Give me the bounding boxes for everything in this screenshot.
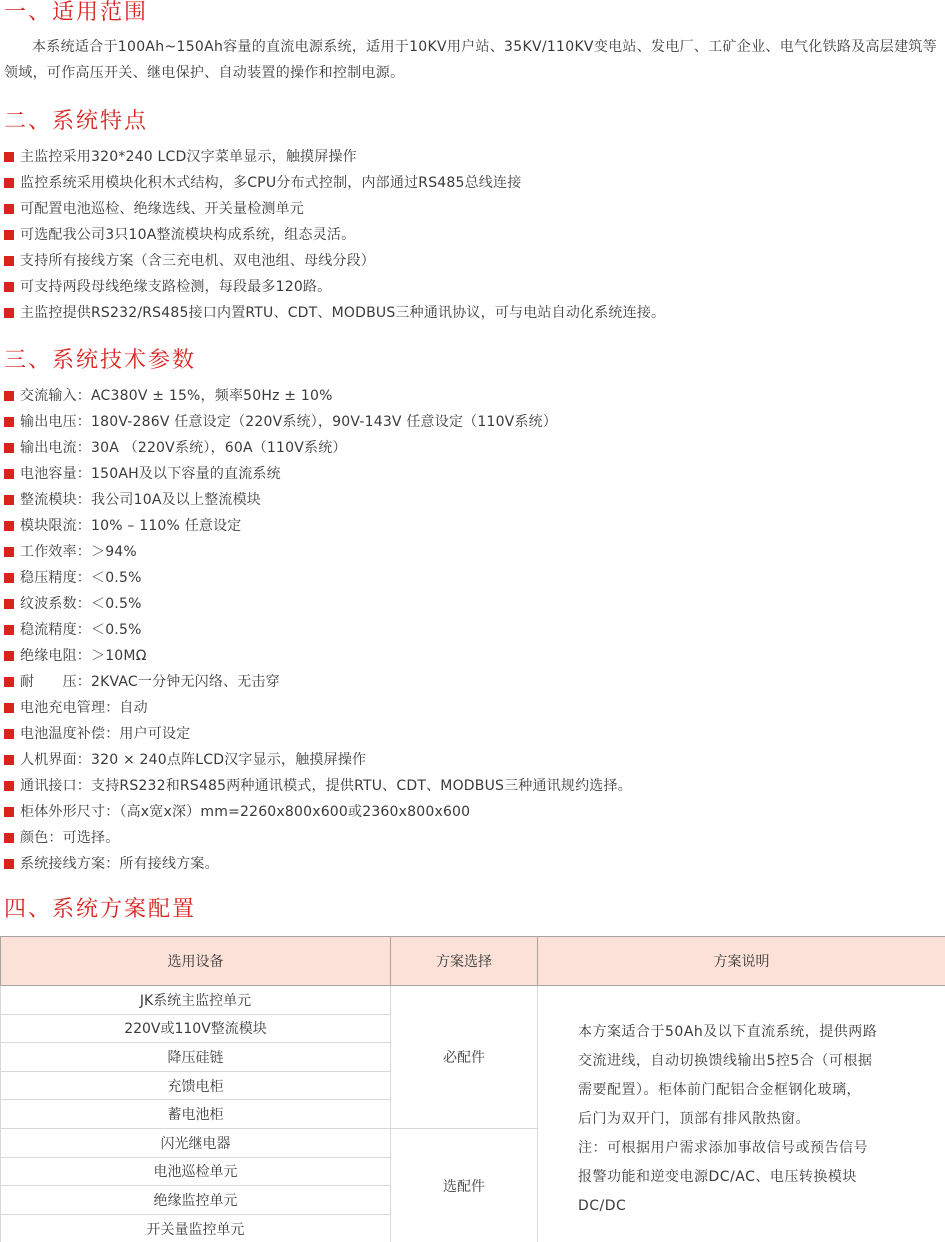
device-cell: 220V或110V整流模块 xyxy=(1,1014,391,1043)
device-cell: 绝缘监控单元 xyxy=(1,1186,391,1215)
section-title-specs: 三、系统技术参数 xyxy=(4,348,196,374)
square-bullet-icon xyxy=(4,521,14,531)
section-title-features: 二、系统特点 xyxy=(4,109,148,135)
spec-item: 纹波系数：＜0.5% xyxy=(4,591,632,617)
features-list: 主监控采用320*240 LCD汉字菜单显示，触摸屏操作 监控系统采用模块化积木… xyxy=(4,144,665,326)
square-bullet-icon xyxy=(4,469,14,479)
square-bullet-icon xyxy=(4,417,14,427)
device-cell: 电池巡检单元 xyxy=(1,1157,391,1186)
device-cell: JK系统主监控单元 xyxy=(1,986,391,1015)
spec-item: 工作效率：＞94% xyxy=(4,539,632,565)
scope-paragraph: 本系统适合于100Ah~150Ah容量的直流电源系统，适用于10KV用户站、35… xyxy=(4,34,940,86)
header-option: 方案选择 xyxy=(391,937,538,986)
square-bullet-icon xyxy=(4,308,14,318)
square-bullet-icon xyxy=(4,703,14,713)
spec-item: 耐 压：2KVAC一分钟无闪络、无击穿 xyxy=(4,669,632,695)
spec-item: 人机界面：320 × 240点阵LCD汉字显示，触摸屏操作 xyxy=(4,747,632,773)
spec-item: 电池温度补偿：用户可设定 xyxy=(4,721,632,747)
table-row: JK系统主监控单元 必配件 本方案适合于50Ah及以下直流系统，提供两路 交流进… xyxy=(1,986,945,1015)
square-bullet-icon xyxy=(4,807,14,817)
feature-item: 监控系统采用模块化积木式结构，多CPU分布式控制，内部通过RS485总线连接 xyxy=(4,170,665,196)
square-bullet-icon xyxy=(4,256,14,266)
square-bullet-icon xyxy=(4,443,14,453)
spec-item: 系统接线方案：所有接线方案。 xyxy=(4,851,632,877)
specs-list: 交流输入：AC380V ± 15%，频率50Hz ± 10% 输出电压：180V… xyxy=(4,383,632,877)
feature-item: 可支持两段母线绝缘支路检测，每段最多120路。 xyxy=(4,274,665,300)
option-cell-required: 必配件 xyxy=(391,986,538,1129)
spec-item: 电池容量：150AH及以下容量的直流系统 xyxy=(4,461,632,487)
section-title-scope: 一、适用范围 xyxy=(4,0,148,26)
square-bullet-icon xyxy=(4,152,14,162)
square-bullet-icon xyxy=(4,781,14,791)
square-bullet-icon xyxy=(4,573,14,583)
spec-item: 输出电压：180V-286V 任意设定（220V系统），90V-143V 任意设… xyxy=(4,409,632,435)
option-cell-optional: 选配件 xyxy=(391,1128,538,1242)
square-bullet-icon xyxy=(4,859,14,869)
config-table: 选用设备 方案选择 方案说明 JK系统主监控单元 必配件 本方案适合于50Ah及… xyxy=(0,936,945,1242)
feature-item: 支持所有接线方案（含三充电机、双电池组、母线分段） xyxy=(4,248,665,274)
scope-text: 本系统适合于100Ah~150Ah容量的直流电源系统，适用于10KV用户站、35… xyxy=(4,39,937,81)
spec-item: 稳流精度：＜0.5% xyxy=(4,617,632,643)
square-bullet-icon xyxy=(4,833,14,843)
feature-item: 可配置电池巡检、绝缘选线、开关量检测单元 xyxy=(4,196,665,222)
square-bullet-icon xyxy=(4,677,14,687)
spec-item: 柜体外形尺寸：（高x宽x深）mm=2260x800x600或2360x800x6… xyxy=(4,799,632,825)
square-bullet-icon xyxy=(4,547,14,557)
spec-item: 通讯接口：支持RS232和RS485两种通讯模式，提供RTU、CDT、MODBU… xyxy=(4,773,632,799)
spec-item: 绝缘电阻：＞10MΩ xyxy=(4,643,632,669)
device-cell: 蓄电池柜 xyxy=(1,1100,391,1129)
device-cell: 闪光继电器 xyxy=(1,1128,391,1157)
square-bullet-icon xyxy=(4,391,14,401)
spec-item: 交流输入：AC380V ± 15%，频率50Hz ± 10% xyxy=(4,383,632,409)
description-cell: 本方案适合于50Ah及以下直流系统，提供两路 交流进线，自动切换馈线输出5控5合… xyxy=(538,986,945,1242)
spec-item: 输出电流：30A （220V系统），60A（110V系统） xyxy=(4,435,632,461)
spec-item: 颜色：可选择。 xyxy=(4,825,632,851)
square-bullet-icon xyxy=(4,625,14,635)
feature-item: 可选配我公司3只10A整流模块构成系统，组态灵活。 xyxy=(4,222,665,248)
feature-item: 主监控采用320*240 LCD汉字菜单显示，触摸屏操作 xyxy=(4,144,665,170)
spec-item: 模块限流：10% – 110% 任意设定 xyxy=(4,513,632,539)
square-bullet-icon xyxy=(4,282,14,292)
header-device: 选用设备 xyxy=(1,937,391,986)
feature-item: 主监控提供RS232/RS485接口内置RTU、CDT、MODBUS三种通讯协议… xyxy=(4,300,665,326)
header-description: 方案说明 xyxy=(538,937,945,986)
spec-item: 电池充电管理：自动 xyxy=(4,695,632,721)
square-bullet-icon xyxy=(4,755,14,765)
square-bullet-icon xyxy=(4,651,14,661)
spec-item: 稳压精度：＜0.5% xyxy=(4,565,632,591)
device-cell: 充馈电柜 xyxy=(1,1071,391,1100)
square-bullet-icon xyxy=(4,599,14,609)
spec-item: 整流模块：我公司10A及以上整流模块 xyxy=(4,487,632,513)
square-bullet-icon xyxy=(4,495,14,505)
table-header-row: 选用设备 方案选择 方案说明 xyxy=(1,937,945,986)
device-cell: 开关量监控单元 xyxy=(1,1214,391,1242)
device-cell: 降压硅链 xyxy=(1,1043,391,1072)
square-bullet-icon xyxy=(4,230,14,240)
section-title-config: 四、系统方案配置 xyxy=(4,897,196,923)
square-bullet-icon xyxy=(4,178,14,188)
square-bullet-icon xyxy=(4,729,14,739)
square-bullet-icon xyxy=(4,204,14,214)
